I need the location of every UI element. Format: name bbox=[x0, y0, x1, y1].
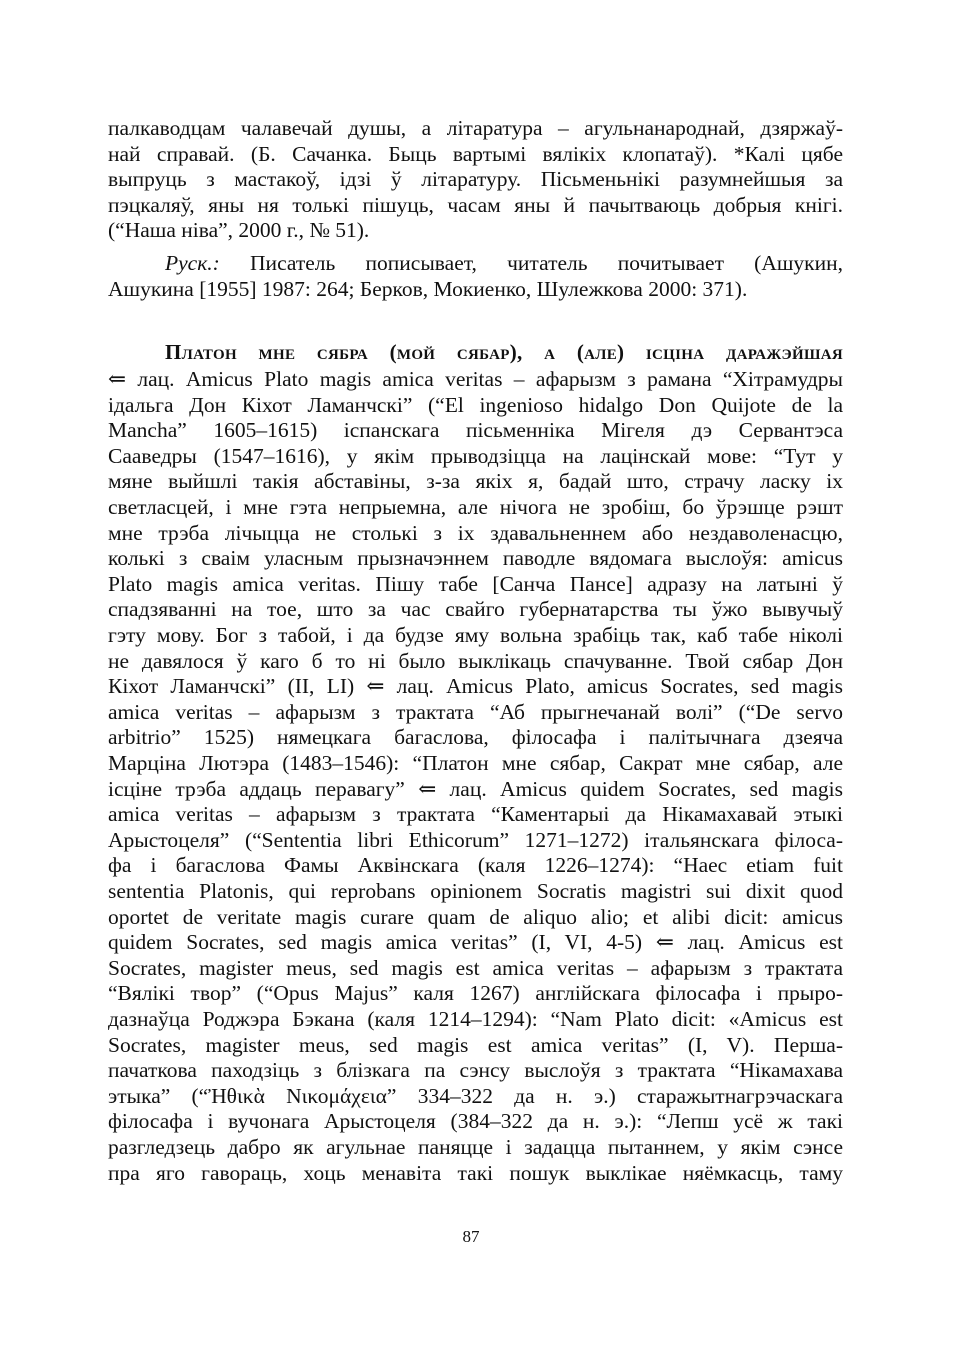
text-line: спадзяванні на тое, што за час свайго гу… bbox=[108, 596, 843, 622]
text-line: этыка” (“Ἠθικὰ Νικομάχεια” 334–322 да н.… bbox=[108, 1083, 843, 1109]
text-line: Арыстоцеля” (“Sententia libri Ethicorum”… bbox=[108, 827, 843, 853]
text-line: фа і багаслова Фамы Аквінскага (каля 122… bbox=[108, 852, 843, 878]
text-line: Plato magis amica veritas. Пішу табе [Са… bbox=[108, 571, 843, 597]
text-line: Руск.: Писатель пописывает, читатель поч… bbox=[165, 250, 843, 276]
text-line: мне трэба лічыцца не столькі з іх здавал… bbox=[108, 520, 843, 546]
text-line: ідальга Дон Кіхот Ламанчскі” (“El ingeni… bbox=[108, 392, 843, 418]
text-line: (“Наша ніва”, 2000 г., № 51). bbox=[108, 217, 843, 243]
text-line: гэту мову. Бог з табой, і да будзе яму в… bbox=[108, 622, 843, 648]
text-line: пра яго гавораць, хоць менавіта такі пош… bbox=[108, 1160, 843, 1186]
text-line: выпруць з мастакоў, ідзі ў літаратуру. П… bbox=[108, 166, 843, 192]
text-line: Кіхот Ламанчскі” (II, LI) ⇐ лац. Amicus … bbox=[108, 673, 843, 699]
text-line: amica veritas – афарызм з трактата “Аб п… bbox=[108, 699, 843, 725]
text-line: палкаводцам чалавечай душы, а літаратура… bbox=[108, 115, 843, 141]
russian-proverb-text: Писатель пописывает, читатель почитывает… bbox=[250, 251, 843, 275]
page-number: 87 bbox=[456, 1226, 486, 1248]
text-line: мяне выйшлі такія абставіны, з-за якіх я… bbox=[108, 468, 843, 494]
text-line: amica veritas – афарызм з трактата “Каме… bbox=[108, 801, 843, 827]
entry-heading: Платон мне сябра (мой сябар), а (але) іс… bbox=[165, 339, 843, 365]
text-line: разгледзець дабро як агульнае паняцце і … bbox=[108, 1134, 843, 1160]
text-line: най справай. (Б. Сачанка. Быць вартымі в… bbox=[108, 141, 843, 167]
text-line: sententia Platonis, qui reprobans opinio… bbox=[108, 878, 843, 904]
text-line: arbitrio” 1525) нямецкага багаслова, філ… bbox=[108, 724, 843, 750]
text-line: “Вялікі твор” (“Opus Majus” каля 1267) а… bbox=[108, 980, 843, 1006]
text-line: Socrates, magister meus, sed magis est a… bbox=[108, 955, 843, 981]
text-line: ісціне трэба аддаць перавагу” ⇐ лац. Ami… bbox=[108, 776, 843, 802]
text-line: Ашукина [1955] 1987: 264; Берков, Мокиен… bbox=[108, 276, 843, 302]
text-line: пачаткова паходзіць з блізкага па сэнсу … bbox=[108, 1057, 843, 1083]
text-line: Mancha” 1605–1615) іспанскага пісьменнік… bbox=[108, 417, 843, 443]
text-line: не давялося ў каго б то ні было выклікац… bbox=[108, 648, 843, 674]
text-line: ⇐ лац. Amicus Plato magis amica veritas … bbox=[108, 366, 843, 392]
text-line: Марціна Лютэра (1483–1546): “Платон мне … bbox=[108, 750, 843, 776]
text-line: quidem Socrates, sed magis amica veritas… bbox=[108, 929, 843, 955]
text-line: светласцей, і мне гэта непрыемна, але ні… bbox=[108, 494, 843, 520]
text-line: Socrates, magister meus, sed magis est a… bbox=[108, 1032, 843, 1058]
book-page: палкаводцам чалавечай душы, а літаратура… bbox=[0, 0, 960, 1362]
text-line: oportet de veritate magis curare quam de… bbox=[108, 904, 843, 930]
text-line: дазнаўца Роджэра Бэкана (каля 1214–1294)… bbox=[108, 1006, 843, 1032]
text-line: пэцкаляў, яны ня толькі пішуць, часам ян… bbox=[108, 192, 843, 218]
text-line: Сааведры (1547–1616), у якім прыводзіцца… bbox=[108, 443, 843, 469]
text-line: філосафа і вучонага Арыстоцеля (384–322 … bbox=[108, 1108, 843, 1134]
language-label: Руск.: bbox=[165, 251, 220, 275]
text-line: колькі з сваім уласным прызначэннем паво… bbox=[108, 545, 843, 571]
